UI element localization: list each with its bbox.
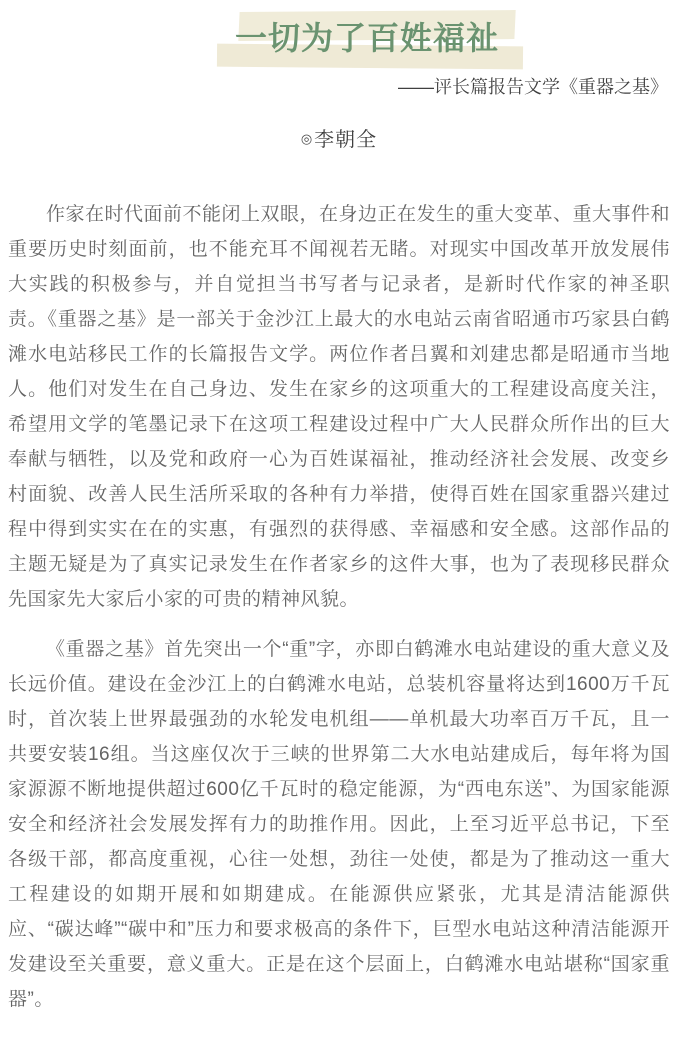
title-row: 一切为了百姓福祉: [8, 14, 670, 64]
paragraph-1: 作家在时代面前不能闭上双眼，在身边正在发生的重大变革、重大事件和重要历史时刻面前…: [8, 197, 670, 617]
page-title: 一切为了百姓福祉: [235, 20, 499, 56]
article-subtitle: ——评长篇报告文学《重器之基》: [8, 78, 670, 98]
author-marker-icon: ◎: [301, 131, 312, 146]
author-name: 李朝全: [314, 129, 377, 151]
paragraph-2: 《重器之基》首先突出一个“重”字，亦即白鹤滩水电站建设的重大意义及长远价值。建设…: [8, 632, 670, 1017]
title-highlight-marker: 一切为了百姓福祉: [225, 14, 509, 64]
author-row: ◎李朝全: [8, 129, 670, 151]
article-page: 一切为了百姓福祉 ——评长篇报告文学《重器之基》 ◎李朝全 作家在时代面前不能闭…: [0, 0, 678, 1037]
article-body: 作家在时代面前不能闭上双眼，在身边正在发生的重大变革、重大事件和重要历史时刻面前…: [8, 197, 670, 1017]
